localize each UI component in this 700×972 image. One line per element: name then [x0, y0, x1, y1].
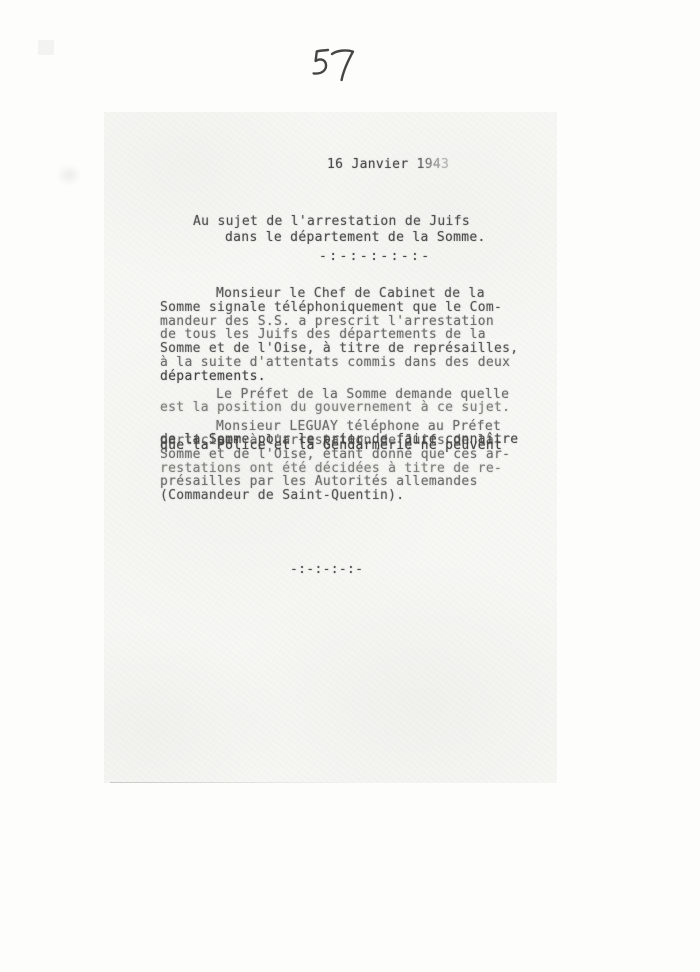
- title-line-1: Au sujet de l'arrestation de Juifs: [193, 214, 486, 230]
- document-date: 16 Janvier 1943: [327, 157, 449, 172]
- typewritten-layer: 16 Janvier 1943 Au sujet de l'arrestatio…: [104, 112, 557, 783]
- scanned-document-background: 16 Janvier 1943 Au sujet de l'arrestatio…: [0, 0, 700, 972]
- scan-smudge: [52, 160, 86, 190]
- text-line: Somme et de l'Oise, à titre de représail…: [160, 342, 530, 356]
- text-line: Somme signale téléphoniquement que le Co…: [160, 301, 530, 315]
- scan-corner-artifact: [38, 40, 54, 55]
- paragraph-2: Le Préfet de la Somme demande quelle est…: [160, 388, 530, 416]
- separator-top: -:-:-:-:-:-: [319, 249, 486, 264]
- text-line: Monsieur le Chef de Cabinet de la: [160, 287, 530, 301]
- text-line: départements.: [160, 370, 530, 384]
- paragraph-3: Monsieur LEGUAY téléphone au Préfet de l…: [160, 420, 530, 503]
- document-body: Monsieur le Chef de Cabinet de la Somme …: [160, 287, 530, 503]
- text-line: est la position du gouvernement à ce suj…: [160, 401, 530, 415]
- document-title: Au sujet de l'arrestation de Juifs dans …: [193, 214, 486, 264]
- separator-bottom: -:-:-:-:-: [290, 562, 363, 577]
- paragraph-1: Monsieur le Chef de Cabinet de la Somme …: [160, 287, 530, 384]
- text-line: à la suite d'attentats commis dans des d…: [160, 356, 530, 370]
- digit-7-stroke: [332, 50, 353, 80]
- document-page: 16 Janvier 1943 Au sujet de l'arrestatio…: [104, 112, 557, 783]
- paper-bottom-edge: [110, 782, 360, 783]
- overlap-line-b: que la Police et la Gendarmerie ne peuve…: [160, 439, 502, 453]
- text-line: (Commandeur de Saint-Quentin).: [160, 489, 530, 503]
- digit-5-stroke: [314, 50, 328, 74]
- title-line-2: dans le département de la Somme.: [225, 230, 486, 246]
- handwritten-page-number: [310, 46, 360, 84]
